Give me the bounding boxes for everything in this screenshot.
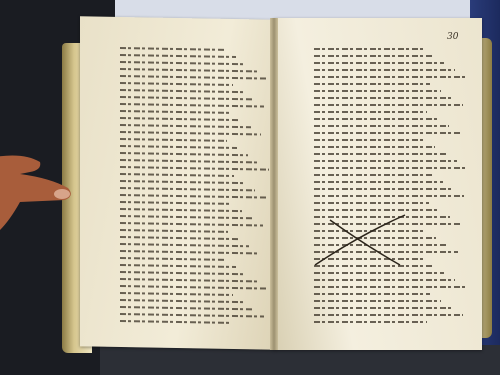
handwriting-line [120,194,266,199]
hand [0,150,90,250]
handwriting-line [120,285,267,290]
handwriting-line [120,257,225,261]
handwriting-line [314,307,452,309]
manuscript-book: 30 [62,18,492,353]
handwriting-line [314,55,433,57]
handwriting-line [314,139,424,141]
handwriting-line [120,96,254,100]
handwriting-line [120,271,246,275]
handwriting-line [120,117,240,121]
handwriting-line [120,180,245,184]
handwriting-line [314,321,427,323]
handwriting-line [120,299,243,303]
book-gutter [270,18,278,350]
handwriting-line [314,69,455,71]
handwriting-line [120,173,234,177]
handwriting-line [314,83,430,85]
left-page [80,16,275,349]
handwriting-line [120,166,269,171]
handwriting-line [120,243,249,247]
handwriting-line [120,222,263,226]
handwriting-line [314,90,441,92]
handwriting-line [120,201,231,205]
handwriting-line [314,286,466,288]
handwriting-line [120,110,230,114]
handwriting-line [314,118,438,120]
handwriting-line [120,313,264,318]
handwriting-line [120,54,236,58]
handwriting-line [314,97,452,99]
handwriting-line [120,124,251,128]
handwriting-line [120,138,227,142]
handwriting-line [120,208,242,212]
handwriting-line [314,125,449,127]
handwriting-line [120,278,257,282]
handwriting-line [314,111,427,113]
handwriting-line [120,306,254,310]
handwriting-line [120,82,233,86]
handwriting-line [120,152,248,156]
handwriting-line [314,202,429,204]
handwriting-line [314,314,463,316]
handwriting-line [120,103,264,108]
handwriting-line [314,104,463,106]
handwriting-line [120,68,257,72]
handwriting-line [314,293,430,295]
handwriting-line [314,195,464,197]
handwriting-line [314,300,441,302]
handwriting-line [314,272,444,274]
handwriting-line [120,89,243,93]
right-page [274,18,482,350]
handwriting-line [120,250,260,254]
right-page-handwriting [314,43,469,328]
page-number: 30 [447,32,458,42]
handwriting-line [314,153,446,155]
handwriting-line [314,160,457,162]
handwriting-line [120,320,230,324]
handwriting-line [120,47,225,51]
handwriting-line [120,292,233,296]
handwriting-line [314,132,460,134]
handwriting-line [120,215,252,219]
handwriting-line [120,187,255,191]
handwriting-line [314,188,454,190]
handwriting-line [120,75,267,80]
handwriting-line [120,159,258,163]
handwriting-line [120,131,261,135]
handwriting-line [120,264,236,268]
handwriting-line [314,76,466,78]
handwriting-line [314,174,432,176]
handwriting-line [120,229,228,233]
handwriting-line [120,145,237,149]
handwriting-line [314,167,467,169]
crossed-out-mark [310,210,410,270]
handwriting-line [120,236,239,240]
handwriting-line [314,146,435,148]
handwriting-line [314,62,444,64]
handwriting-line [314,48,423,50]
left-page-handwriting [120,42,270,330]
handwriting-line [314,181,443,183]
handwriting-line [314,279,455,281]
handwriting-line [120,61,246,65]
